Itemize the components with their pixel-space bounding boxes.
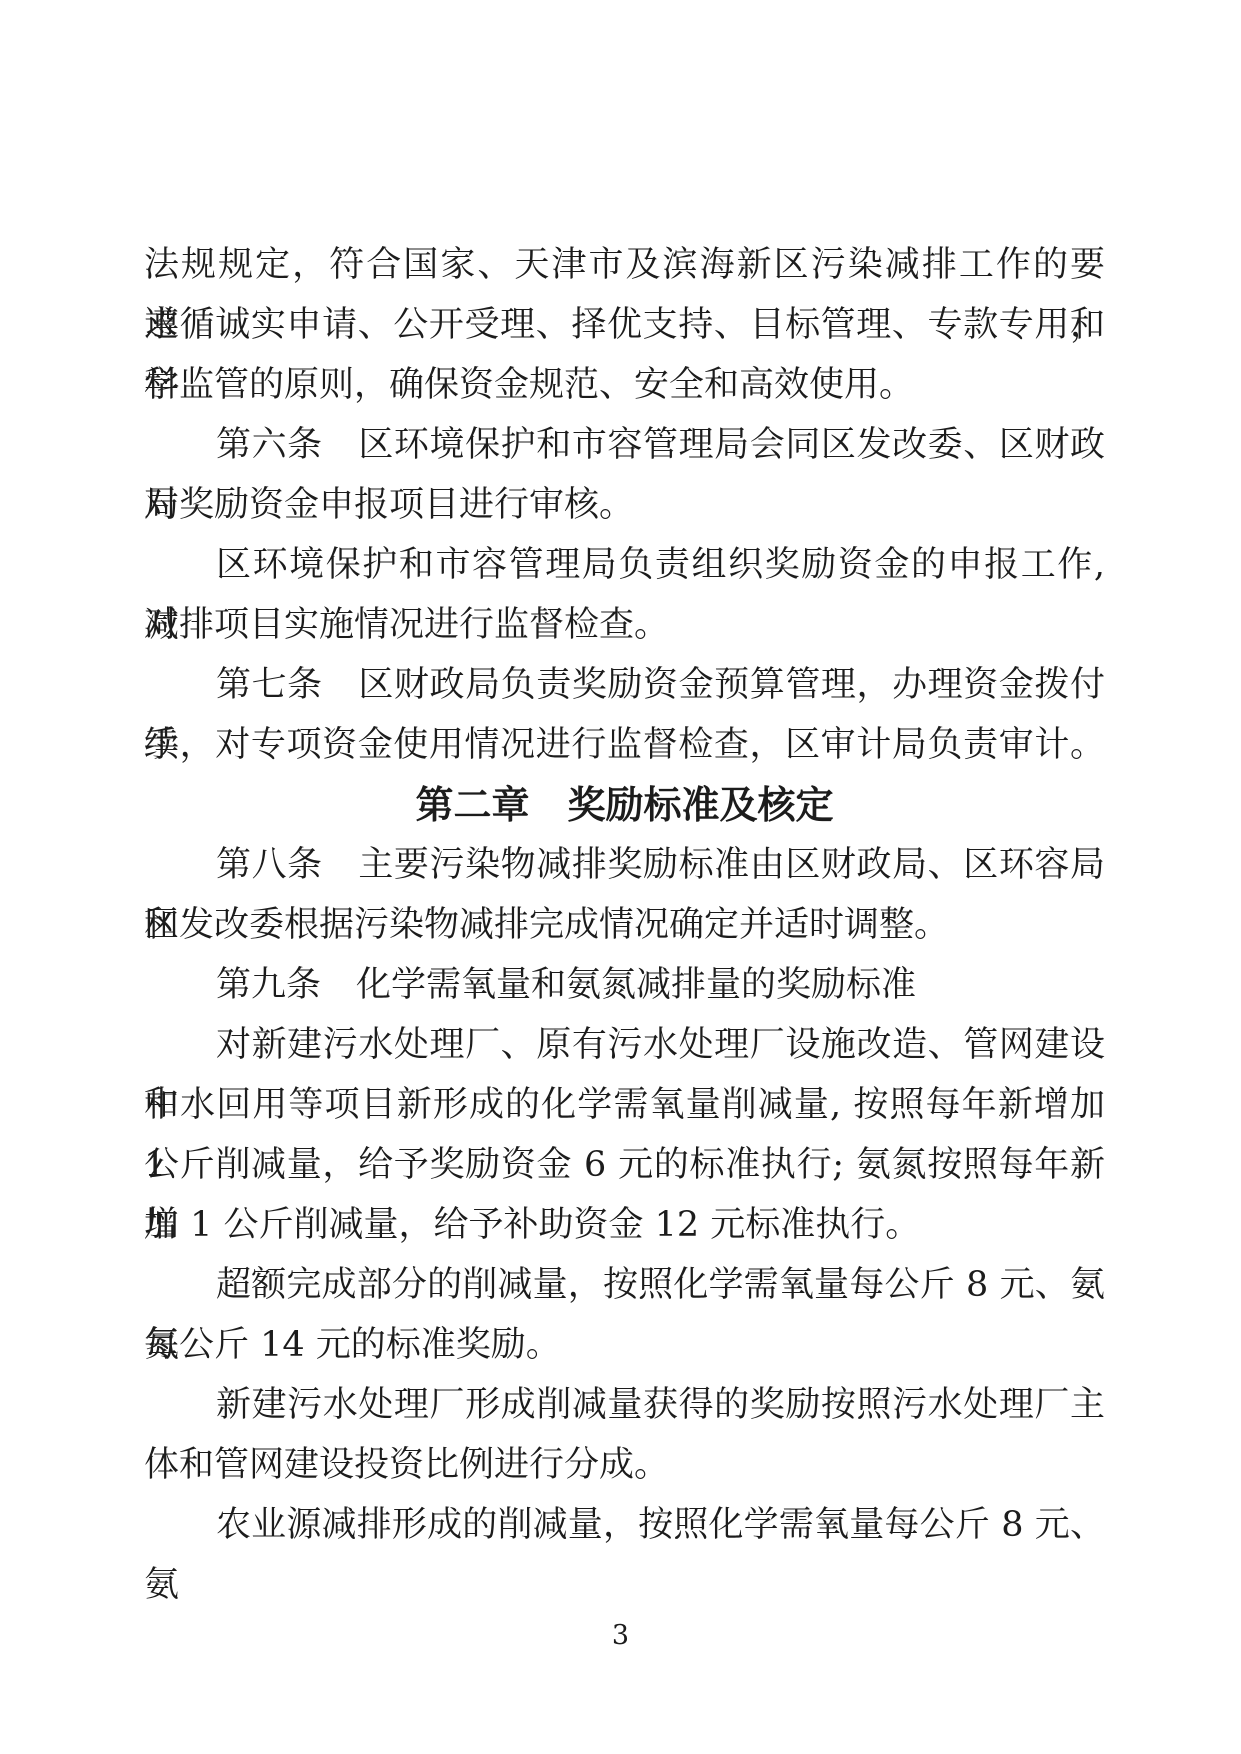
text-line: 遵循诚实申请、公开受理、择优支持、目标管理、专款专用和科 [144, 295, 1105, 355]
text-line: 法规规定，符合国家、天津市及滨海新区污染减排工作的要求， [144, 235, 1105, 295]
text-line: 农业源减排形成的削减量，按照化学需氧量每公斤 8 元、氨 [144, 1495, 1105, 1555]
text-line: 减排项目实施情况进行监督检查。 [144, 595, 1105, 655]
text-line: 第六条 区环境保护和市容管理局会同区发改委、区财政局 [144, 415, 1105, 475]
text-line: 区发改委根据污染物减排完成情况确定并适时调整。 [144, 895, 1105, 955]
text-line: 对新建污水处理厂、原有污水处理厂设施改造、管网建设和 [144, 1015, 1105, 1075]
text-line: 学监管的原则，确保资金规范、安全和高效使用。 [144, 355, 1105, 415]
text-line: 每公斤 14 元的标准奖励。 [144, 1315, 1105, 1375]
text-line: 第七条 区财政局负责奖励资金预算管理，办理资金拨付手 [144, 655, 1105, 715]
text-line: 续，对专项资金使用情况进行监督检查，区审计局负责审计。 [144, 715, 1105, 775]
chapter-heading: 第二章 奖励标准及核定 [144, 775, 1105, 835]
page-number: 3 [0, 1615, 1241, 1657]
text-line: 对奖励资金申报项目进行审核。 [144, 475, 1105, 535]
text-line: 体和管网建设投资比例进行分成。 [144, 1435, 1105, 1495]
document-body: 法规规定，符合国家、天津市及滨海新区污染减排工作的要求，遵循诚实申请、公开受理、… [144, 235, 1105, 1555]
text-line: 区环境保护和市容管理局负责组织奖励资金的申报工作, 对 [144, 535, 1105, 595]
text-line: 第九条 化学需氧量和氨氮减排量的奖励标准 [144, 955, 1105, 1015]
text-line: 第八条 主要污染物减排奖励标准由区财政局、区环容局和 [144, 835, 1105, 895]
document-page: 法规规定，符合国家、天津市及滨海新区污染减排工作的要求，遵循诚实申请、公开受理、… [0, 0, 1241, 1754]
text-line: 中水回用等项目新形成的化学需氧量削减量, 按照每年新增加 1 [144, 1075, 1105, 1135]
text-line: 公斤削减量，给予奖励资金 6 元的标准执行; 氨氮按照每年新增 [144, 1135, 1105, 1195]
text-line: 加 1 公斤削减量，给予补助资金 12 元标准执行。 [144, 1195, 1105, 1255]
text-line: 超额完成部分的削减量，按照化学需氧量每公斤 8 元、氨氮 [144, 1255, 1105, 1315]
text-line: 新建污水处理厂形成削减量获得的奖励按照污水处理厂主 [144, 1375, 1105, 1435]
